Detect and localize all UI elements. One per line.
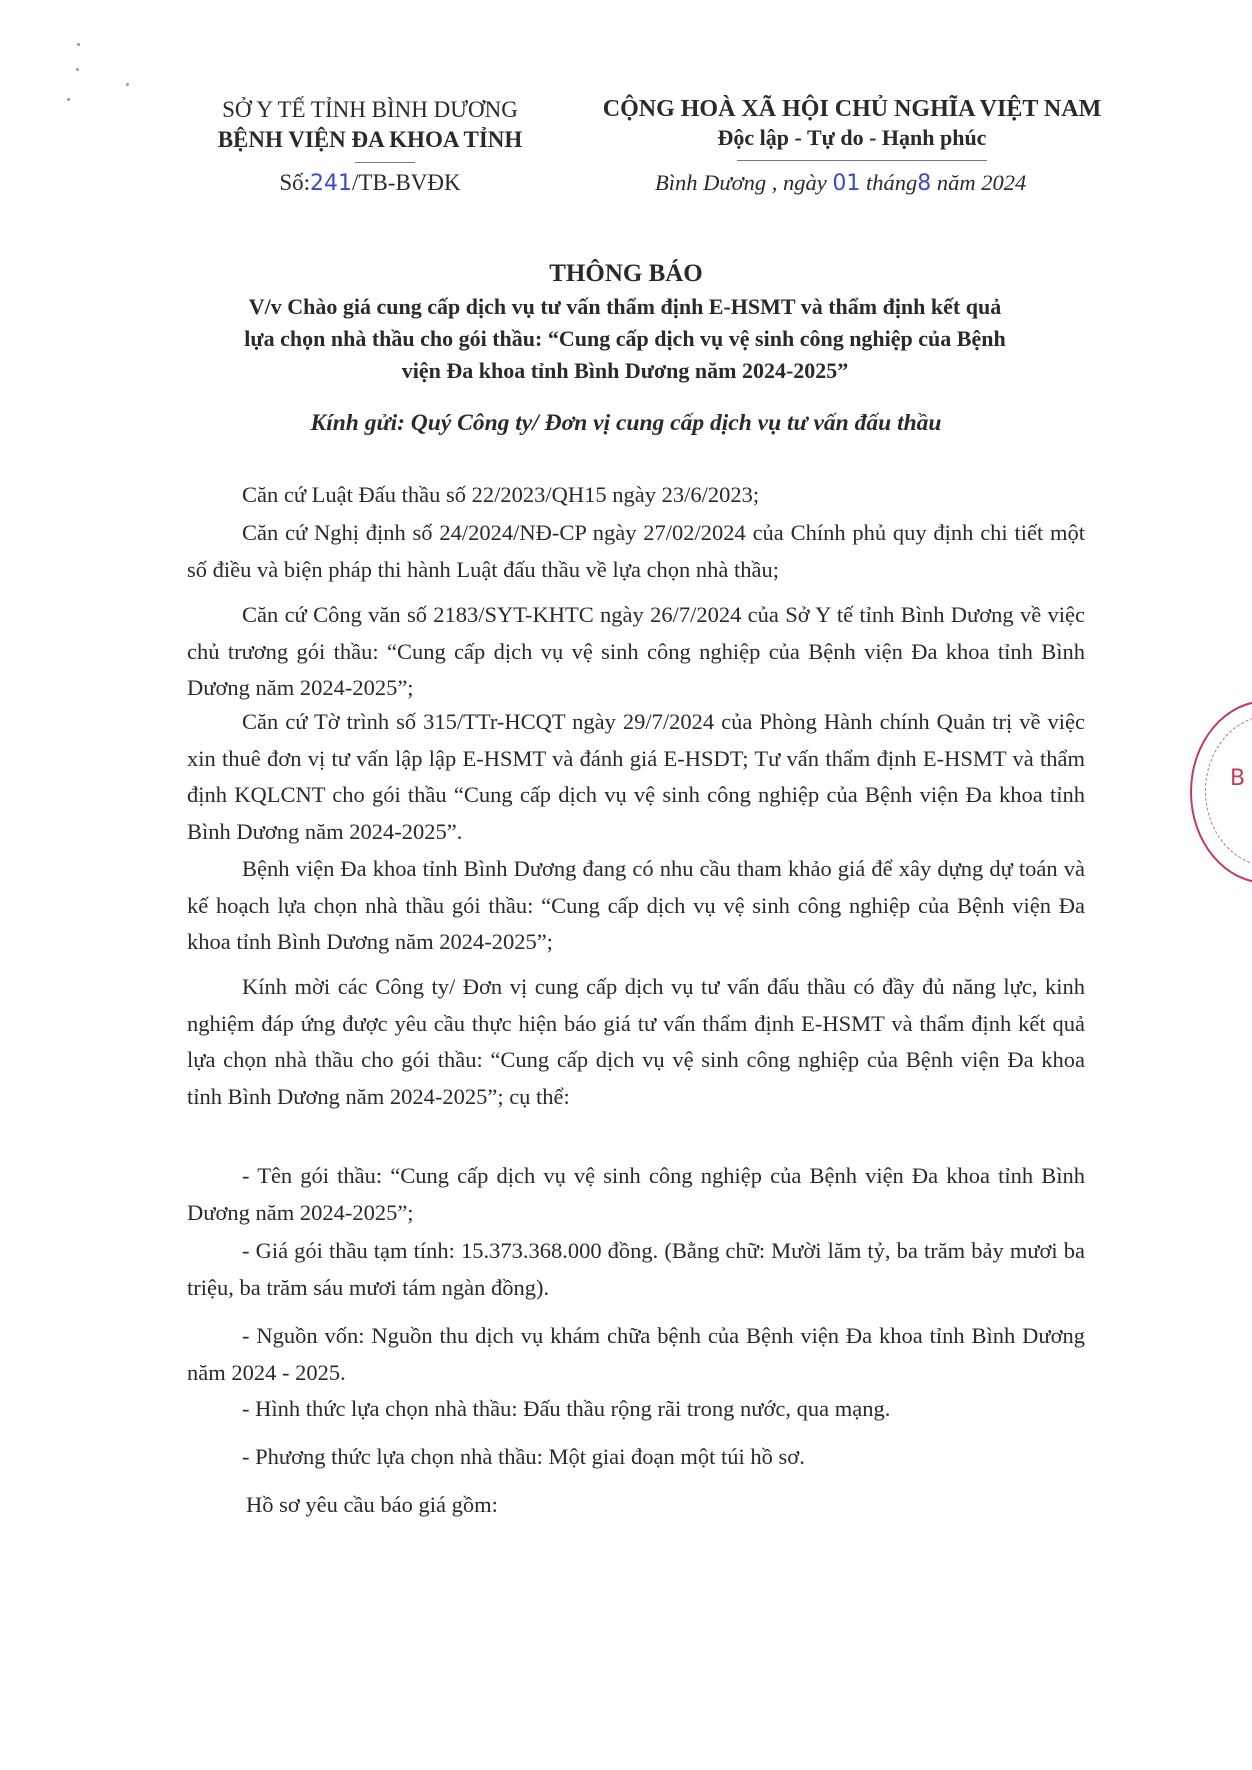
scan-speck — [126, 83, 129, 86]
selection-form: - Hình thức lựa chọn nhà thầu: Đấu thầu … — [242, 1396, 890, 1422]
subject-line-2: lựa chọn nhà thầu cho gói thầu: “Cung cấ… — [150, 322, 1100, 355]
seal-stamp-letter: B — [1230, 766, 1245, 791]
date-day: 01 — [832, 171, 860, 196]
scan-speck — [67, 98, 70, 101]
issuer-hospital: BỆNH VIỆN ĐA KHOA TỈNH — [190, 127, 550, 153]
left-header-rule — [355, 162, 415, 163]
funding-source: - Nguồn vốn: Nguồn thu dịch vụ khám chữa… — [187, 1318, 1085, 1391]
date-place: Bình Dương , ngày — [655, 170, 827, 195]
document-number-prefix: Số: — [279, 170, 310, 195]
document-title: THÔNG BÁO — [0, 260, 1252, 288]
scan-speck — [76, 68, 79, 71]
invitation-paragraph: Kính mời các Công ty/ Đơn vị cung cấp dị… — [187, 969, 1085, 1115]
quote-dossier-heading: Hồ sơ yêu cầu báo giá gồm: — [246, 1492, 498, 1518]
subject-line-3: viện Đa khoa tỉnh Bình Dương năm 2024-20… — [150, 354, 1100, 387]
document-date: Bình Dương , ngày 01 tháng8 năm 2024 — [655, 170, 1026, 196]
recipient: Kính gửi: Quý Công ty/ Đơn vị cung cấp d… — [0, 410, 1252, 437]
date-month-label: tháng — [866, 170, 917, 195]
basis-proposal: Căn cứ Tờ trình số 315/TTr-HCQT ngày 29/… — [187, 704, 1085, 850]
date-year: năm 2024 — [937, 170, 1026, 195]
date-month: 8 — [917, 171, 931, 196]
purpose-paragraph: Bệnh viện Đa khoa tỉnh Bình Dương đang c… — [187, 851, 1085, 961]
package-price: - Giá gói thầu tạm tính: 15.373.368.000 … — [187, 1233, 1085, 1306]
basis-official-letter: Căn cứ Công văn số 2183/SYT-KHTC ngày 26… — [187, 597, 1085, 707]
scan-speck — [77, 43, 80, 46]
document-number: Số:241/TB-BVĐK — [190, 170, 550, 196]
document-number-suffix: /TB-BVĐK — [352, 170, 461, 195]
national-title: CỘNG HOÀ XÃ HỘI CHỦ NGHĨA VIỆT NAM — [572, 96, 1132, 123]
basis-law: Căn cứ Luật Đấu thầu số 22/2023/QH15 ngà… — [187, 477, 1085, 514]
selection-method: - Phương thức lựa chọn nhà thầu: Một gia… — [242, 1444, 805, 1470]
subject-line-1: V/v Chào giá cung cấp dịch vụ tư vấn thẩ… — [150, 290, 1100, 323]
issuer-department: SỞ Y TẾ TỈNH BÌNH DƯƠNG — [190, 97, 550, 123]
right-header-rule — [737, 160, 987, 161]
package-name: - Tên gói thầu: “Cung cấp dịch vụ vệ sin… — [187, 1158, 1085, 1231]
national-motto: Độc lập - Tự do - Hạnh phúc — [572, 125, 1132, 151]
document-number-handwritten: 241 — [310, 171, 352, 196]
basis-decree: Căn cứ Nghị định số 24/2024/NĐ-CP ngày 2… — [187, 515, 1085, 588]
